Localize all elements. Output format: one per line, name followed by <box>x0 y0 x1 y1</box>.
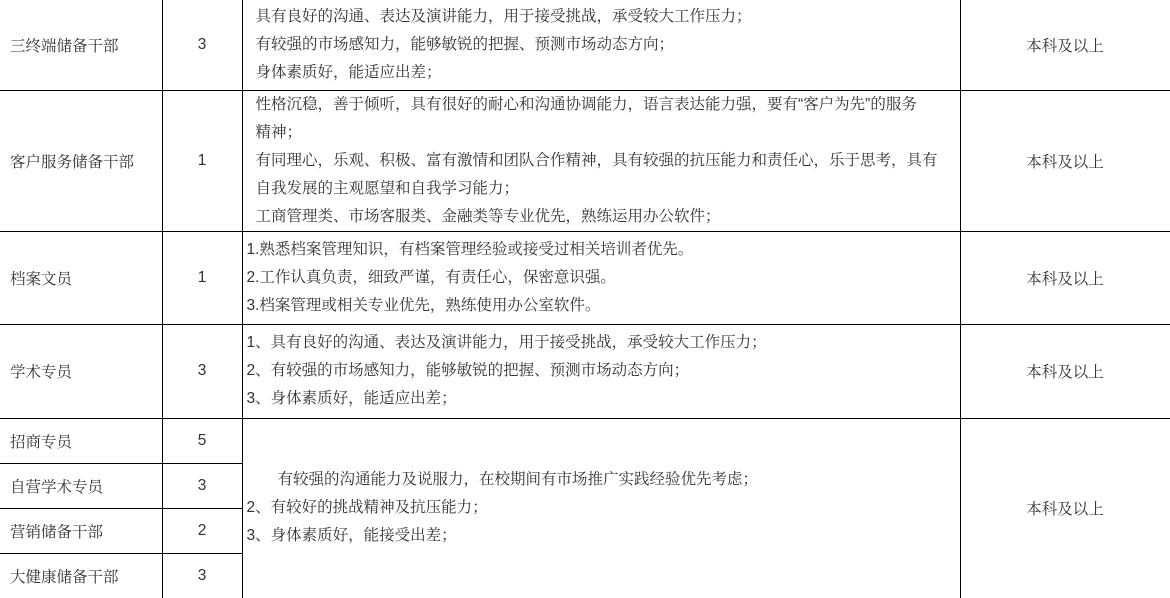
requirement-line: 2、有较强的市场感知力，能够敏锐的把握、预测市场动态方向； <box>247 357 960 385</box>
requirement-line: 有同理心，乐观、积极、富有激情和团队合作精神，具有较强的抗压能力和责任心，乐于思… <box>256 147 960 175</box>
position-cell: 三终端储备干部 <box>0 0 162 90</box>
table-row: 客户服务储备干部 1 性格沉稳，善于倾听，具有很好的耐心和沟通协调能力，语言表达… <box>0 90 1170 231</box>
position-cell: 招商专员 <box>0 418 162 463</box>
education-cell: 本科及以上 <box>960 324 1170 418</box>
job-position-table: 三终端储备干部 3 具有良好的沟通、表达及演讲能力，用于接受挑战，承受较大工作压… <box>0 0 1170 598</box>
headcount-cell: 1 <box>162 231 242 324</box>
position-cell: 学术专员 <box>0 324 162 418</box>
requirements-cell: 性格沉稳，善于倾听，具有很好的耐心和沟通协调能力，语言表达能力强，要有“客户为先… <box>242 90 960 231</box>
requirement-line: 1.熟悉档案管理知识，有档案管理经验或接受过相关培训者优先。 <box>247 236 960 264</box>
requirements-cell: 具有良好的沟通、表达及演讲能力，用于接受挑战，承受较大工作压力； 有较强的市场感… <box>242 0 960 90</box>
table-row: 三终端储备干部 3 具有良好的沟通、表达及演讲能力，用于接受挑战，承受较大工作压… <box>0 0 1170 90</box>
requirements-cell-merged: 有较强的沟通能力及说服力，在校期间有市场推广实践经验优先考虑； 2、有较好的挑战… <box>242 418 960 598</box>
table-row: 招商专员 5 有较强的沟通能力及说服力，在校期间有市场推广实践经验优先考虑； 2… <box>0 418 1170 463</box>
position-cell: 客户服务储备干部 <box>0 90 162 231</box>
headcount-cell: 5 <box>162 418 242 463</box>
requirement-line: 具有良好的沟通、表达及演讲能力，用于接受挑战，承受较大工作压力； <box>256 3 960 31</box>
requirement-line: 2、有较好的挑战精神及抗压能力； <box>247 494 960 522</box>
requirements-cell: 1、具有良好的沟通、表达及演讲能力，用于接受挑战，承受较大工作压力； 2、有较强… <box>242 324 960 418</box>
requirement-line: 工商管理类、市场客服类、金融类等专业优先，熟练运用办公软件； <box>256 203 960 231</box>
headcount-cell: 2 <box>162 508 242 553</box>
position-cell: 大健康储备干部 <box>0 553 162 598</box>
requirement-line: 2.工作认真负责，细致严谨，有责任心，保密意识强。 <box>247 264 960 292</box>
headcount-cell: 3 <box>162 324 242 418</box>
position-cell: 档案文员 <box>0 231 162 324</box>
headcount-cell: 3 <box>162 553 242 598</box>
requirement-line: 性格沉稳，善于倾听，具有很好的耐心和沟通协调能力，语言表达能力强，要有“客户为先… <box>256 91 960 119</box>
position-cell: 营销储备干部 <box>0 508 162 553</box>
requirement-line: 精神； <box>256 119 960 147</box>
requirement-line: 有较强的沟通能力及说服力，在校期间有市场推广实践经验优先考虑； <box>247 466 960 494</box>
education-cell: 本科及以上 <box>960 231 1170 324</box>
requirements-cell: 1.熟悉档案管理知识，有档案管理经验或接受过相关培训者优先。 2.工作认真负责，… <box>242 231 960 324</box>
education-cell: 本科及以上 <box>960 0 1170 90</box>
requirement-line: 自我发展的主观愿望和自我学习能力； <box>256 175 960 203</box>
requirement-line: 3、身体素质好，能适应出差； <box>247 385 960 413</box>
headcount-cell: 3 <box>162 0 242 90</box>
requirement-line: 身体素质好，能适应出差； <box>256 59 960 87</box>
education-cell-merged: 本科及以上 <box>960 418 1170 598</box>
headcount-cell: 3 <box>162 463 242 508</box>
table-row: 档案文员 1 1.熟悉档案管理知识，有档案管理经验或接受过相关培训者优先。 2.… <box>0 231 1170 324</box>
education-cell: 本科及以上 <box>960 90 1170 231</box>
requirement-line: 1、具有良好的沟通、表达及演讲能力，用于接受挑战，承受较大工作压力； <box>247 329 960 357</box>
headcount-cell: 1 <box>162 90 242 231</box>
position-cell: 自营学术专员 <box>0 463 162 508</box>
requirement-line: 3.档案管理或相关专业优先，熟练使用办公室软件。 <box>247 292 960 320</box>
requirement-line: 有较强的市场感知力，能够敏锐的把握、预测市场动态方向； <box>256 31 960 59</box>
requirement-line: 3、身体素质好，能接受出差； <box>247 522 960 550</box>
table-row: 学术专员 3 1、具有良好的沟通、表达及演讲能力，用于接受挑战，承受较大工作压力… <box>0 324 1170 418</box>
